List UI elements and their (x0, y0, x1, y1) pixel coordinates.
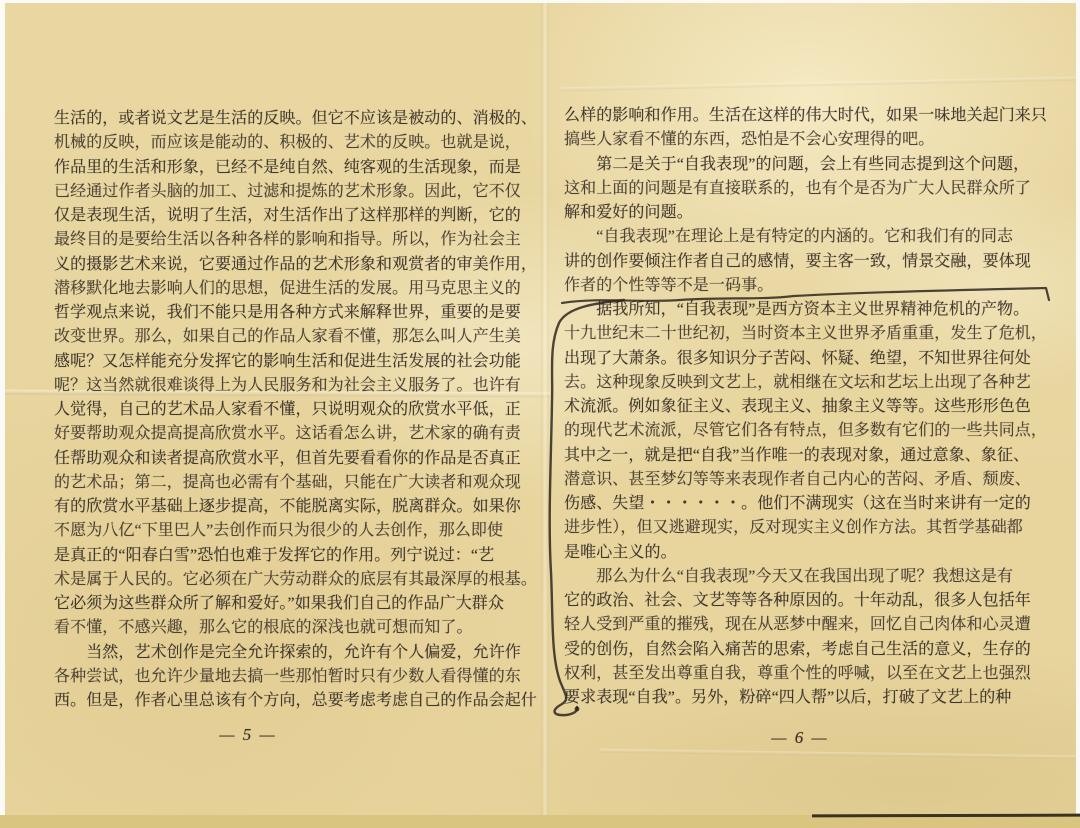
text-line: 已经通过作者头脑的加工、过滤和提炼的艺术形象。因此，它不仅 (54, 180, 536, 204)
text-line: 去。这种现象反映到文艺上，就相继在文坛和艺坛上出现了各种艺 (564, 371, 1048, 395)
text-line: 作品里的生活和形象，已经不是纯自然、纯客观的生活现象，而是 (54, 156, 536, 180)
text-line: 感呢？又怎样能充分发挥它的影响生活和促进生活发展的社会功能 (54, 350, 536, 374)
text-line: 作者的个性等等不是一码事。 (564, 274, 1048, 298)
text-line: 潜意识、甚至梦幻等等来表现作者自己内心的苦闷、矛盾、颓废、 (564, 468, 1048, 492)
text-line: 讲的创作要倾注作者自己的感情，要主客一致，情景交融，要体现 (564, 250, 1048, 274)
text-line: 伤感、失望・・・・・・。他们不满现实（这在当时来讲有一定的 (564, 492, 1048, 516)
text-line: 十九世纪末二十世纪初，当时资本主义世界矛盾重重，发生了危机， (564, 322, 1048, 346)
paper-fold-crease (541, 3, 549, 815)
page-number-6: — 6 — (730, 728, 870, 748)
page-number-5: — 5 — (178, 725, 318, 745)
text-line: 任帮助观众和读者提高欣赏水平，但首先要看看你的作品是否真正 (54, 447, 536, 471)
text-line: 么样的影响和作用。生活在这样的伟大时代，如果一味地关起门来只 (564, 104, 1048, 128)
text-line: 西。但是，作者心里总该有个方向，总要考虑考虑自己的作品会起什 (54, 689, 536, 713)
text-line: 人觉得，自己的艺术品人家看不懂，只说明观众的欣赏水平低，正 (54, 398, 536, 422)
text-line: 最终目的是要给生活以各种各样的影响和指导。所以，作为社会主 (54, 228, 536, 252)
text-line: 哲学观点来说，我们不能只是用各种方式来解释世界，重要的是要 (54, 301, 536, 325)
text-line: 搞些人家看不懂的东西，恐怕是不会心安理得的吧。 (564, 128, 1048, 152)
text-line: 好要帮助观众提高提高欣赏水平。这话看怎么讲，艺术家的确有责 (54, 422, 536, 446)
text-line: 受的创伤，自然会陷入痛苦的思索，考虑自己生活的意义，生存的 (564, 638, 1048, 662)
text-line: 是唯心主义的。 (564, 541, 1048, 565)
text-line: 解和爱好的问题。 (564, 201, 1048, 225)
text-line: 它必须为这些群众所了解和爱好。”如果我们自己的作品广大群众 (54, 592, 536, 616)
text-line: 各种尝试，也允许少量地去搞一些那怕暂时只有少数人看得懂的东 (54, 665, 536, 689)
text-line: 潜移默化地去影响人们的思想，促进生活的发展。用马克思主义的 (54, 277, 536, 301)
text-line: 术流派。例如象征主义、表现主义、抽象主义等等。这些形形色色 (564, 395, 1048, 419)
text-line: 其中之一，就是把“自我”当作唯一的表现对象，通过意象、象征、 (564, 444, 1048, 468)
text-line: 第二是关于“自我表现”的问题，会上有些同志提到这个问题， (564, 153, 1048, 177)
page-5-text-column: 生活的，或者说文艺是生活的反映。但它不应该是被动的、消极的、机械的反映，而应该是… (54, 107, 536, 713)
text-line: 它的政治、社会、文艺等等各种原因的。十年动乱，很多人包括年 (564, 589, 1048, 613)
text-line: 的现代艺术流派，尽管它们各有特点，但多数有它们的一些共同点， (564, 419, 1048, 443)
text-line: 的艺术品；第二，提高也必需有个基础，只能在广大读者和观众现 (54, 471, 536, 495)
text-line: 那么为什么“自我表现”今天又在我国出现了呢？我想这是有 (564, 565, 1048, 589)
text-line: 看不懂，不感兴趣，那么它的根底的深浅也就可想而知了。 (54, 616, 536, 640)
text-line: 改变世界。那么，如果自己的作品人家看不懂，那怎么叫人产生美 (54, 325, 536, 349)
text-line: 术是属于人民的。它必须在广大劳动群众的底层有其最深厚的根基。 (54, 568, 536, 592)
text-line: 当然，艺术创作是完全允许探索的，允许有个人偏爱，允许作 (54, 641, 536, 665)
text-line: 轻人受到严重的摧残，现在从恶梦中醒来，回忆自己肉体和心灵遭 (564, 613, 1048, 637)
text-line: 有的欣赏水平基础上逐步提高，不能脱离实际，脱离群众。如果你 (54, 495, 536, 519)
text-line: 进步性），但又逃避现实，反对现实主义创作方法。其哲学基础都 (564, 516, 1048, 540)
text-line: 生活的，或者说文艺是生活的反映。但它不应该是被动的、消极的、 (54, 107, 536, 131)
text-line: 据我所知，“自我表现”是西方资本主义世界精神危机的产物。 (564, 298, 1048, 322)
text-line: “自我表现”在理论上是有特定的内涵的。它和我们有的同志 (564, 225, 1048, 249)
text-line: 是真正的“阳春白雪”恐怕也难于发挥它的作用。列宁说过：“艺 (54, 544, 536, 568)
text-line: 权利，甚至发出尊重自我，尊重个性的呼喊，以至在文艺上也强烈 (564, 662, 1048, 686)
text-line: 不愿为八亿“下里巴人”去创作而只为很少的人去创作，那么即使 (54, 519, 536, 543)
page-6-text-column: 么样的影响和作用。生活在这样的伟大时代，如果一味地关起门来只搞些人家看不懂的东西… (564, 104, 1048, 710)
text-line: 仅是表现生活，说明了生活，对生活作出了这样那样的判断，它的 (54, 204, 536, 228)
text-line: 要求表现“自我”。另外，粉碎“四人帮”以后，打破了文艺上的种 (564, 686, 1048, 710)
text-line: 义的摄影艺术来说，它要通过作品的艺术形象和观赏者的审美作用， (54, 253, 536, 277)
text-line: 机械的反映，而应该是能动的、积极的、艺术的反映。也就是说， (54, 131, 536, 155)
text-line: 出现了大萧条。很多知识分子苦闷、怀疑、绝望，不知世界往何处 (564, 347, 1048, 371)
scanned-document: 生活的，或者说文艺是生活的反映。但它不应该是被动的、消极的、机械的反映，而应该是… (0, 0, 1080, 828)
text-line: 呢？这当然就很难谈得上为人民服务和为社会主义服务了。也许有 (54, 374, 536, 398)
text-line: 这和上面的问题是有直接联系的，也有个是否为广大人民群众所了 (564, 177, 1048, 201)
